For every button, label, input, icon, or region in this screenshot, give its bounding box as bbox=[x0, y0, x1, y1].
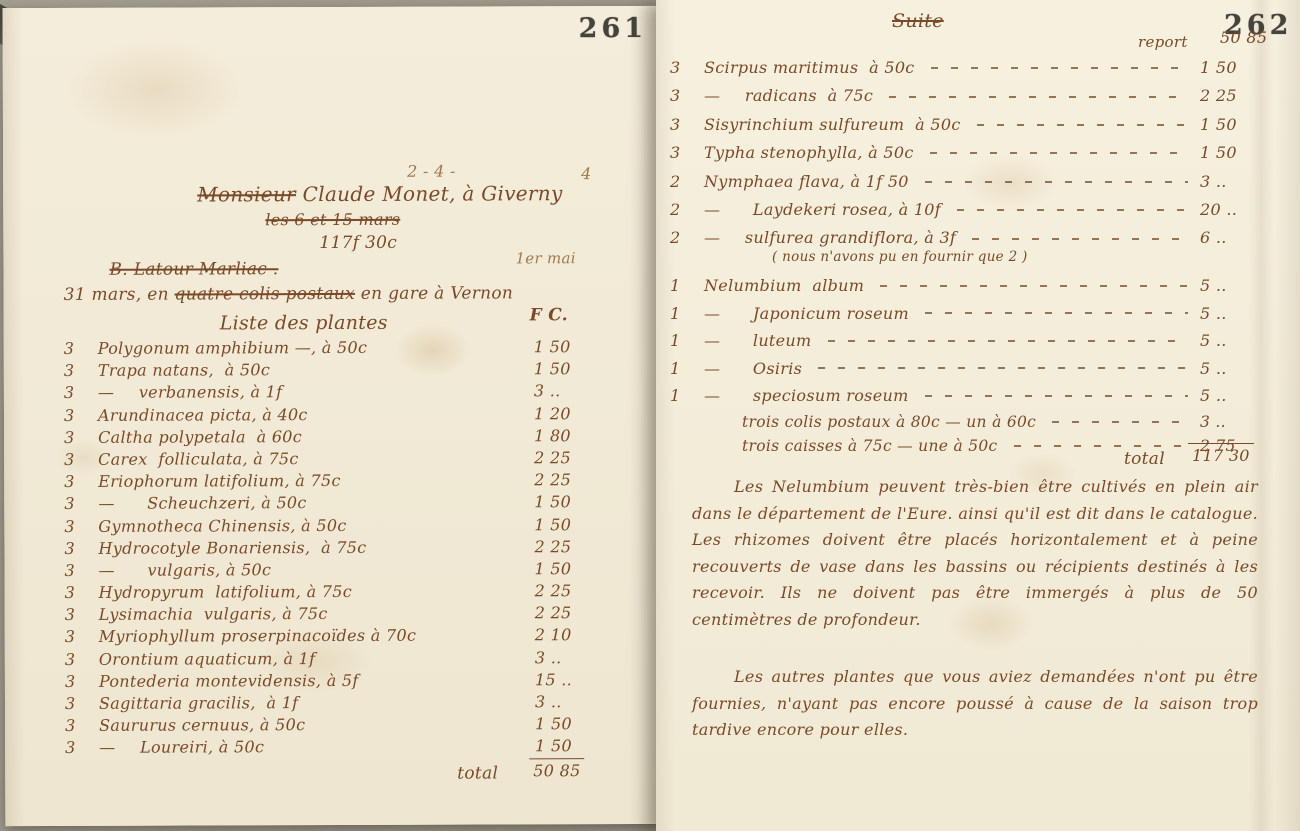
plant-name: Pontederia montevidensis, à 5f bbox=[99, 669, 535, 693]
quantity: 3 bbox=[64, 427, 98, 449]
plant-row: 1 — Japonicum roseum 5 .. bbox=[670, 300, 1262, 328]
amount: 2 25 bbox=[534, 536, 596, 558]
amount: 3 .. bbox=[535, 647, 597, 669]
shipping-row: trois caisses à 75c — une à 50c 2 75 bbox=[742, 434, 1262, 458]
amount-annotation: 117f 30c bbox=[319, 233, 397, 253]
manuscript-page-262: Suite 262 report 50 85 3 Scirpus maritim… bbox=[656, 0, 1300, 831]
quantity: 3 bbox=[65, 671, 99, 693]
plant-row: 3 — Scheuchzeri, à 50c 1 50 bbox=[64, 491, 596, 515]
plant-name: Carex folliculata, à 75c bbox=[98, 447, 534, 471]
amount: 2 25 bbox=[534, 469, 596, 491]
plant-name: — Japonicum roseum bbox=[704, 300, 909, 328]
plant-row: 3 Hydrocotyle Bonariensis, à 75c 2 25 bbox=[64, 536, 596, 560]
plant-name: Lysimachia vulgaris, à 75c bbox=[99, 603, 535, 627]
quantity: 2 bbox=[670, 168, 704, 196]
addressee-line: Monsieur Claude Monet, à Giverny bbox=[197, 181, 562, 206]
total-label: total bbox=[457, 763, 498, 783]
amount: 5 .. bbox=[1200, 272, 1262, 300]
plant-name: Sisyrinchium sulfureum à 50c bbox=[704, 111, 961, 139]
amount: 6 .. bbox=[1200, 224, 1262, 252]
plant-row: 3 Myriophyllum proserpinacoïdes à 70c 2 … bbox=[65, 625, 597, 649]
plant-name: Myriophyllum proserpinacoïdes à 70c bbox=[99, 625, 535, 649]
quantity: 3 bbox=[64, 382, 98, 404]
dash-leader bbox=[957, 209, 1188, 211]
list-title: Liste des plantes bbox=[220, 312, 388, 335]
quantity: 3 bbox=[65, 604, 99, 626]
margin-annotation-corner: 4 bbox=[581, 164, 592, 183]
dash-leader bbox=[977, 124, 1188, 126]
dash-leader bbox=[931, 67, 1188, 69]
dash-leader bbox=[1052, 421, 1188, 423]
plant-name: — Scheuchzeri, à 50c bbox=[98, 492, 534, 516]
shipping-suffix: en gare à Vernon bbox=[355, 283, 513, 304]
unavailable-plants-paragraph: Les autres plantes que vous aviez demand… bbox=[692, 664, 1258, 744]
plant-list-nelumbium: 1 Nelumbium album 5 .. 1 — Japonicum ros… bbox=[670, 272, 1262, 410]
shipping-prefix: 31 mars, en bbox=[64, 285, 175, 305]
shipping-line: 31 mars, en quatre colis postaux en gare… bbox=[64, 283, 514, 305]
carried-forward-label: report bbox=[1138, 33, 1188, 51]
amount: 2 25 bbox=[1200, 82, 1262, 110]
amount: 3 .. bbox=[534, 380, 596, 402]
plant-row: 2 — Laydekeri rosea, à 10f 20 .. bbox=[670, 196, 1262, 224]
amount: 1 50 bbox=[1200, 139, 1262, 167]
dash-leader bbox=[889, 96, 1188, 98]
quantity: 3 bbox=[65, 560, 99, 582]
plant-row: 3 Sagittaria gracilis, à 1f 3 .. bbox=[65, 691, 597, 715]
dash-leader bbox=[925, 312, 1188, 314]
total-label: total bbox=[1124, 449, 1165, 469]
availability-note: ( nous n'avons pu en fournir que 2 ) bbox=[772, 249, 1028, 265]
amount: 1 50 bbox=[534, 358, 596, 380]
amount: 2 10 bbox=[535, 625, 597, 647]
quantity: 3 bbox=[670, 111, 704, 139]
shipping-struck: quatre colis postaux bbox=[175, 284, 356, 305]
plant-row: 3 Caltha polypetala à 60c 1 80 bbox=[64, 425, 596, 449]
dash-leader bbox=[1014, 445, 1188, 447]
continuation-title: Suite bbox=[892, 10, 944, 32]
plant-name: Nelumbium album bbox=[704, 272, 864, 300]
page-number-stamp: 261 bbox=[579, 13, 647, 44]
shipping-label: trois colis postaux à 80c — un à 60c bbox=[742, 410, 1036, 434]
amount: 3 .. bbox=[1200, 410, 1262, 434]
amount: 5 .. bbox=[1200, 327, 1262, 355]
plant-name: — radicans à 75c bbox=[704, 82, 873, 110]
manuscript-page-261: 261 2 - 4 - 4 Monsieur Claude Monet, à G… bbox=[3, 6, 666, 826]
plant-row: 3 Scirpus maritimus à 50c 1 50 bbox=[670, 54, 1262, 82]
plant-row: 3 — Loureiri, à 50c 1 50 bbox=[65, 735, 597, 759]
dash-leader bbox=[880, 285, 1188, 287]
plant-row: 3 — vulgaris, à 50c 1 50 bbox=[65, 558, 597, 582]
dash-leader bbox=[818, 367, 1188, 369]
quantity: 3 bbox=[670, 139, 704, 167]
total-value: 117 30 bbox=[1188, 443, 1254, 465]
plant-name: Sagittaria gracilis, à 1f bbox=[99, 691, 535, 715]
quantity: 2 bbox=[670, 196, 704, 224]
amount: 5 .. bbox=[1200, 355, 1262, 383]
dash-leader bbox=[930, 152, 1188, 154]
plant-name: Caltha polypetala à 60c bbox=[98, 425, 534, 449]
plant-name: Arundinacea picta, à 40c bbox=[98, 403, 534, 427]
plant-row: 3 Polygonum amphibium —, à 50c 1 50 bbox=[64, 336, 596, 360]
quantity: 1 bbox=[670, 327, 704, 355]
plant-row: 1 — speciosum roseum 5 .. bbox=[670, 382, 1262, 410]
plant-name: — Osiris bbox=[704, 355, 802, 383]
plant-row: 3 Orontium aquaticum, à 1f 3 .. bbox=[65, 647, 597, 671]
quantity: 3 bbox=[64, 471, 98, 493]
shipping-row: trois colis postaux à 80c — un à 60c 3 .… bbox=[742, 410, 1262, 434]
plant-name: Hydropyrum latifolium, à 75c bbox=[99, 580, 535, 604]
currency-column-header: F C. bbox=[530, 305, 568, 325]
quantity: 3 bbox=[64, 515, 98, 537]
shipment-dates-line: les 6 et 15 mars bbox=[265, 210, 400, 229]
shipping-charges: trois colis postaux à 80c — un à 60c 3 .… bbox=[742, 410, 1262, 458]
plant-name: — luteum bbox=[704, 327, 812, 355]
quantity: 2 bbox=[670, 224, 704, 252]
plant-row: 3 Saururus cernuus, à 50c 1 50 bbox=[65, 713, 597, 737]
quantity: 3 bbox=[64, 449, 98, 471]
margin-annotation: 2 - 4 - bbox=[407, 162, 456, 181]
dash-leader bbox=[972, 238, 1188, 240]
amount: 1 50 bbox=[535, 735, 597, 757]
quantity: 3 bbox=[65, 737, 99, 759]
plant-row: 3 Pontederia montevidensis, à 5f 15 .. bbox=[65, 669, 597, 693]
plant-row: 3 — verbanensis, à 1f 3 .. bbox=[64, 380, 596, 404]
dash-leader bbox=[925, 395, 1188, 397]
quantity: 1 bbox=[670, 300, 704, 328]
plant-row: 3 Arundinacea picta, à 40c 1 20 bbox=[64, 403, 596, 427]
plant-name: Scirpus maritimus à 50c bbox=[704, 54, 915, 82]
sender-line: B. Latour Marliac . bbox=[109, 259, 278, 280]
dash-leader bbox=[925, 181, 1188, 183]
plant-row: 1 — luteum 5 .. bbox=[670, 327, 1262, 355]
plant-name: Hydrocotyle Bonariensis, à 75c bbox=[98, 536, 534, 560]
quantity: 3 bbox=[64, 338, 98, 360]
total-value: 50 85 bbox=[529, 758, 584, 780]
amount: 2 25 bbox=[535, 602, 597, 624]
plant-row: 3 Eriophorum latifolium, à 75c 2 25 bbox=[64, 469, 596, 493]
amount: 1 50 bbox=[1200, 54, 1262, 82]
amount: 2 25 bbox=[535, 580, 597, 602]
plant-name: Trapa natans, à 50c bbox=[98, 358, 534, 382]
cultivation-instructions-paragraph: Les Nelumbium peuvent très-bien être cul… bbox=[692, 474, 1258, 633]
quantity: 3 bbox=[65, 648, 99, 670]
quantity: 3 bbox=[65, 582, 99, 604]
amount: 3 .. bbox=[1200, 168, 1262, 196]
quantity: 3 bbox=[64, 538, 98, 560]
amount: 1 50 bbox=[1200, 111, 1262, 139]
addressee-name: Claude Monet, à Giverny bbox=[296, 181, 563, 206]
quantity: 3 bbox=[64, 493, 98, 515]
plant-row: 3 Typha stenophylla, à 50c 1 50 bbox=[670, 139, 1262, 167]
amount: 15 .. bbox=[535, 669, 597, 691]
plant-name: Typha stenophylla, à 50c bbox=[704, 139, 914, 167]
plant-row: 3 Lysimachia vulgaris, à 75c 2 25 bbox=[65, 602, 597, 626]
shipping-label: trois caisses à 75c — une à 50c bbox=[742, 434, 998, 458]
amount: 1 50 bbox=[534, 491, 596, 513]
amount: 20 .. bbox=[1200, 196, 1262, 224]
amount: 2 25 bbox=[534, 447, 596, 469]
amount: 1 20 bbox=[534, 403, 596, 425]
quantity: 3 bbox=[65, 626, 99, 648]
amount: 3 .. bbox=[535, 691, 597, 713]
quantity: 3 bbox=[670, 54, 704, 82]
plant-name: Polygonum amphibium —, à 50c bbox=[98, 336, 534, 360]
quantity: 3 bbox=[670, 82, 704, 110]
plant-name: — Laydekeri rosea, à 10f bbox=[704, 196, 941, 224]
plant-name: — speciosum roseum bbox=[704, 382, 909, 410]
quantity: 1 bbox=[670, 355, 704, 383]
plant-row: 2 Nymphaea flava, à 1f 50 3 .. bbox=[670, 168, 1262, 196]
plant-row: 3 — radicans à 75c 2 25 bbox=[670, 82, 1262, 110]
plant-row: 3 Carex folliculata, à 75c 2 25 bbox=[64, 447, 596, 471]
amount: 1 50 bbox=[535, 713, 597, 735]
plant-row: 3 Gymnotheca Chinensis, à 50c 1 50 bbox=[64, 514, 596, 538]
plant-name: Nymphaea flava, à 1f 50 bbox=[704, 168, 909, 196]
amount: 1 50 bbox=[534, 558, 596, 580]
quantity: 1 bbox=[670, 272, 704, 300]
plant-name: — verbanensis, à 1f bbox=[98, 381, 534, 405]
plant-name: Eriophorum latifolium, à 75c bbox=[98, 469, 534, 493]
plant-name: Orontium aquaticum, à 1f bbox=[99, 647, 535, 671]
plant-name: — Loureiri, à 50c bbox=[99, 736, 535, 760]
plant-list-upper: 3 Scirpus maritimus à 50c 1 50 3 — radic… bbox=[670, 54, 1262, 253]
quantity: 1 bbox=[670, 382, 704, 410]
quantity: 3 bbox=[65, 715, 99, 737]
plant-list: 3 Polygonum amphibium —, à 50c 1 50 3 Tr… bbox=[64, 336, 597, 759]
plant-name: Gymnotheca Chinensis, à 50c bbox=[98, 514, 534, 538]
plant-row: 1 Nelumbium album 5 .. bbox=[670, 272, 1262, 300]
plant-row: 3 Hydropyrum latifolium, à 75c 2 25 bbox=[65, 580, 597, 604]
pencil-date-annotation: 1er mai bbox=[515, 249, 576, 267]
quantity: 3 bbox=[64, 404, 98, 426]
quantity: 3 bbox=[64, 360, 98, 382]
plant-name: — vulgaris, à 50c bbox=[99, 558, 535, 582]
dash-leader bbox=[828, 340, 1189, 342]
quantity: 3 bbox=[65, 693, 99, 715]
amount: 5 .. bbox=[1200, 300, 1262, 328]
plant-row: 1 — Osiris 5 .. bbox=[670, 355, 1262, 383]
amount: 1 50 bbox=[534, 336, 596, 358]
plant-name: Saururus cernuus, à 50c bbox=[99, 713, 535, 737]
amount: 1 50 bbox=[534, 514, 596, 536]
addressee-struck-word: Monsieur bbox=[197, 182, 296, 206]
amount: 1 80 bbox=[534, 425, 596, 447]
carried-forward-value: 50 85 bbox=[1220, 28, 1267, 47]
amount: 5 .. bbox=[1200, 382, 1262, 410]
plant-row: 3 Sisyrinchium sulfureum à 50c 1 50 bbox=[670, 111, 1262, 139]
plant-row: 3 Trapa natans, à 50c 1 50 bbox=[64, 358, 596, 382]
